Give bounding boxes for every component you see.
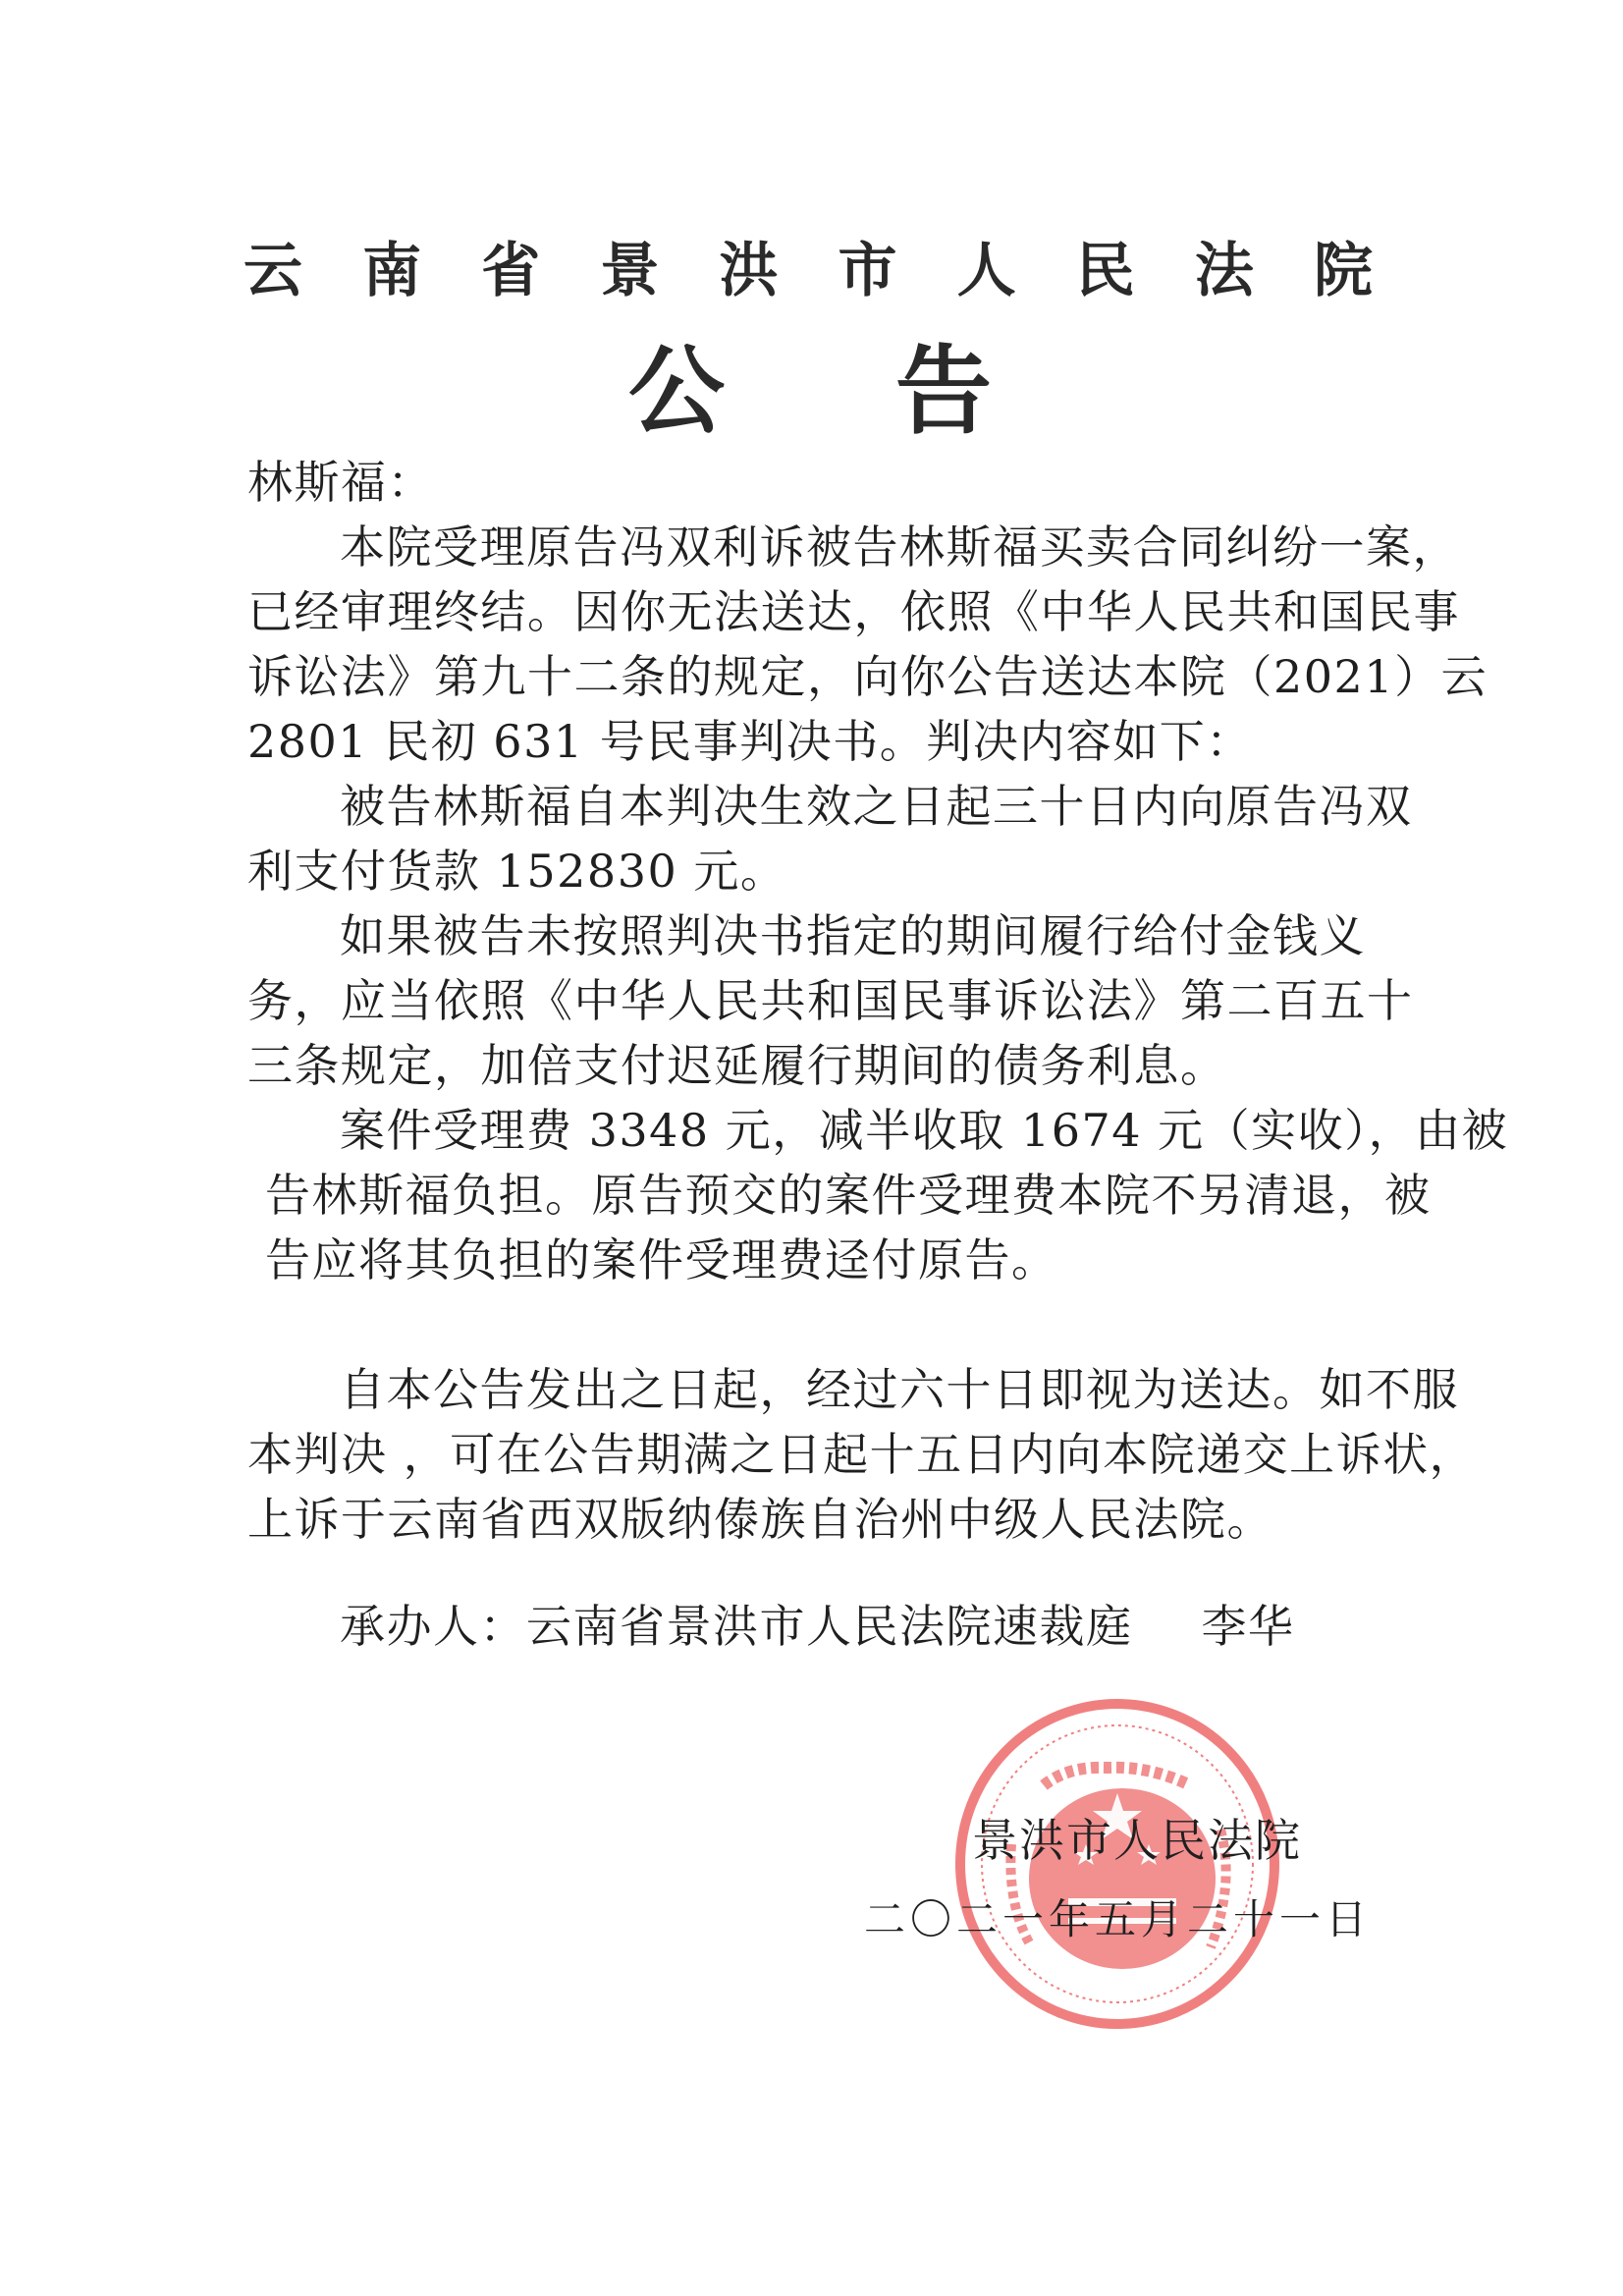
text-line: 利支付货款 152830 元。	[247, 839, 1381, 903]
text-line: 已经审理终结。因你无法送达，依照《中华人民共和国民事	[247, 579, 1381, 644]
text-line: 诉讼法》第九十二条的规定，向你公告送达本院（2021）云	[247, 644, 1381, 709]
paragraph-court-fees: 案件受理费 3348 元，减半收取 1674 元（实收），由被 告林斯福负担。原…	[247, 1098, 1381, 1292]
doc-type-char: 告	[895, 314, 992, 453]
text-line: 本院受理原告冯双利诉被告林斯福买卖合同纠纷一案，	[247, 515, 1381, 579]
paragraph-appeal: 自本公告发出之日起，经过六十日即视为送达。如不服 本判决 ，可在公告期满之日起十…	[247, 1357, 1381, 1552]
court-name-heading: 云 南 省 景 洪 市 人 民 法 院	[243, 224, 1373, 308]
text-line: 本判决 ，可在公告期满之日起十五日内向本院递交上诉状，	[247, 1422, 1381, 1487]
handler-label: 承办人：云南省景洪市人民法院速裁庭	[340, 1600, 1133, 1653]
court-name-char: 法	[1195, 224, 1254, 308]
text-line: 如果被告未按照判决书指定的期间履行给付金钱义	[247, 903, 1381, 968]
notice-page: 云 南 省 景 洪 市 人 民 法 院 公 告 林斯福： 本院受理原告冯双利诉被…	[0, 0, 1623, 2296]
paragraph-judgment: 被告林斯福自本判决生效之日起三十日内向原告冯双 利支付货款 152830 元。	[247, 774, 1381, 903]
text-line: 务，应当依照《中华人民共和国民事诉讼法》第二百五十	[247, 968, 1381, 1033]
paragraph-late-payment: 如果被告未按照判决书指定的期间履行给付金钱义 务，应当依照《中华人民共和国民事诉…	[247, 903, 1381, 1098]
signing-court: 景洪市人民法院	[972, 1805, 1302, 1870]
court-name-char: 人	[957, 224, 1016, 308]
signing-date: 二〇二一年五月二十一日	[864, 1887, 1372, 1946]
text-line: 2801 民初 631 号民事判决书。判决内容如下：	[247, 709, 1381, 774]
text-line: 案件受理费 3348 元，减半收取 1674 元（实收），由被	[247, 1098, 1381, 1163]
court-name-char: 市	[839, 224, 897, 308]
paragraph-service-notice: 本院受理原告冯双利诉被告林斯福买卖合同纠纷一案， 已经审理终结。因你无法送达，依…	[247, 515, 1381, 774]
notice-body: 林斯福： 本院受理原告冯双利诉被告林斯福买卖合同纠纷一案， 已经审理终结。因你无…	[247, 450, 1381, 1552]
text-line: 上诉于云南省西双版纳傣族自治州中级人民法院。	[247, 1487, 1381, 1552]
case-handler: 承办人：云南省景洪市人民法院速裁庭李华	[340, 1591, 1295, 1656]
document-type-heading: 公 告	[628, 314, 992, 453]
text-line: 告应将其负担的案件受理费迳付原告。	[247, 1228, 1381, 1292]
court-name-char: 云	[243, 224, 302, 308]
text-line: 三条规定，加倍支付迟延履行期间的债务利息。	[247, 1033, 1381, 1098]
spacer	[247, 1292, 1381, 1357]
text-line: 告林斯福负担。原告预交的案件受理费本院不另清退，被	[247, 1163, 1381, 1228]
doc-type-char: 公	[628, 314, 725, 453]
text-line: 被告林斯福自本判决生效之日起三十日内向原告冯双	[247, 774, 1381, 839]
court-name-char: 民	[1076, 224, 1135, 308]
court-name-char: 院	[1314, 224, 1373, 308]
addressee: 林斯福：	[247, 450, 1381, 515]
court-name-char: 景	[600, 224, 659, 308]
handler-name: 李华	[1202, 1600, 1295, 1653]
court-name-char: 南	[362, 224, 421, 308]
court-name-char: 省	[481, 224, 540, 308]
text-line: 自本公告发出之日起，经过六十日即视为送达。如不服	[247, 1357, 1381, 1422]
court-name-char: 洪	[719, 224, 778, 308]
